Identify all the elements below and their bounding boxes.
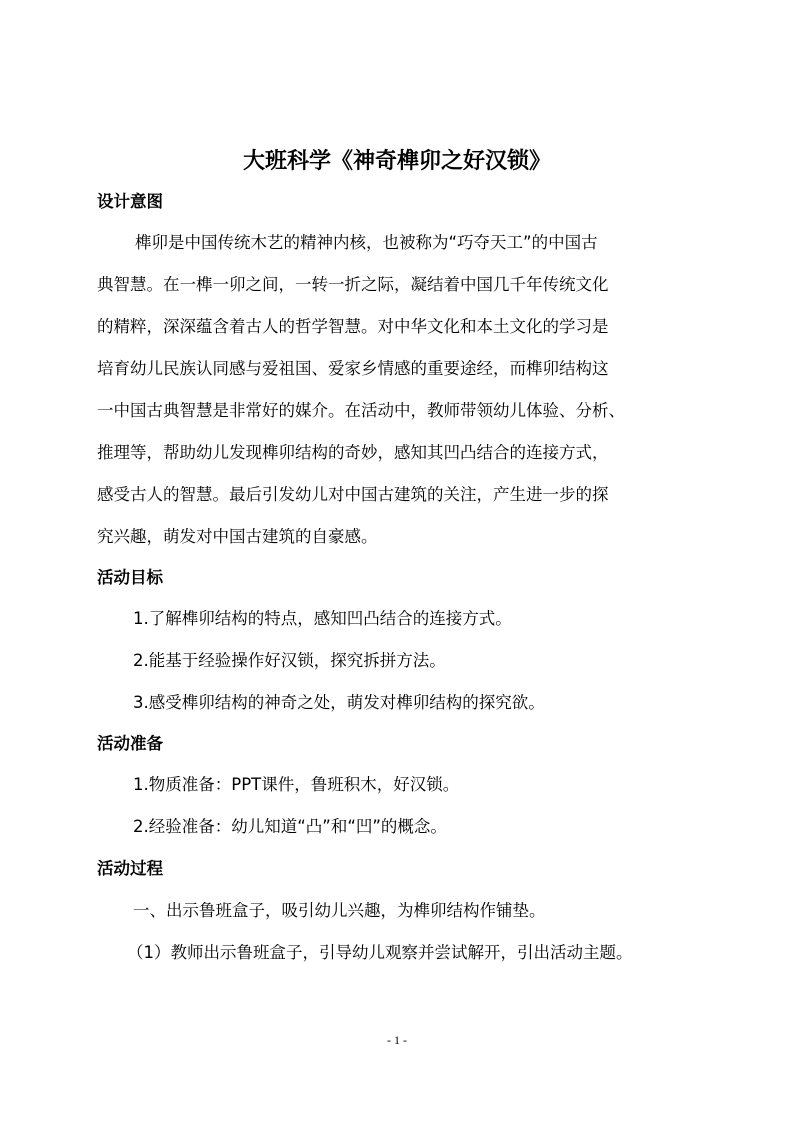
list-item-objective: 2.能基于经验操作好汉锁，探究拆拼方法。 (133, 649, 446, 673)
paragraph-line: 究兴趣，萌发对中国古建筑的自豪感。 (97, 525, 378, 549)
list-item-preparation: 2.经验准备：幼儿知道“凸”和“凹”的概念。 (133, 815, 447, 839)
process-substep: （1）教师出示鲁班盒子，引导幼儿观察并尝试解开，引出活动主题。 (127, 941, 633, 965)
section-heading-design-intent: 设计意图 (97, 190, 163, 214)
section-heading-process: 活动过程 (97, 857, 163, 881)
paragraph-line: 一中国古典智慧是非常好的媒介。在活动中，教师带领幼儿体验、分析、 (97, 399, 625, 423)
list-item-objective: 3.感受榫卯结构的神奇之处，萌发对榫卯结构的探究欲。 (133, 691, 545, 715)
paragraph-line: 的精粹，深深蕴含着古人的哲学智慧。对中华文化和本土文化的学习是 (97, 315, 609, 339)
list-item-preparation: 1.物质准备：PPT课件，鲁班积木，好汉锁。 (133, 773, 459, 797)
process-step: 一、出示鲁班盒子，吸引幼儿兴趣，为榫卯结构作铺垫。 (133, 899, 546, 923)
section-heading-preparation: 活动准备 (97, 732, 163, 756)
section-heading-objectives: 活动目标 (97, 566, 163, 590)
page-number: - 1 - (0, 1032, 794, 1048)
list-item-objective: 1.了解榫卯结构的特点，感知凹凸结合的连接方式。 (133, 607, 512, 631)
document-title: 大班科学《神奇榫卯之好汉锁》 (0, 147, 794, 177)
paragraph-line: 培育幼儿民族认同感与爱祖国、爱家乡情感的重要途经，而榫卯结构这 (97, 357, 609, 381)
paragraph-line: 感受古人的智慧。最后引发幼儿对中国古建筑的关注，产生进一步的探 (97, 483, 609, 507)
paragraph-line: 榫卯是中国传统木艺的精神内核，也被称为“巧夺天工”的中国古 (135, 231, 598, 255)
document-page: 大班科学《神奇榫卯之好汉锁》 设计意图 榫卯是中国传统木艺的精神内核，也被称为“… (0, 0, 794, 1123)
paragraph-line: 推理等，帮助幼儿发现榫卯结构的奇妙，感知其凹凸结合的连接方式， (97, 441, 609, 465)
paragraph-line: 典智慧。在一榫一卯之间，一转一折之际，凝结着中国几千年传统文化 (97, 273, 609, 297)
